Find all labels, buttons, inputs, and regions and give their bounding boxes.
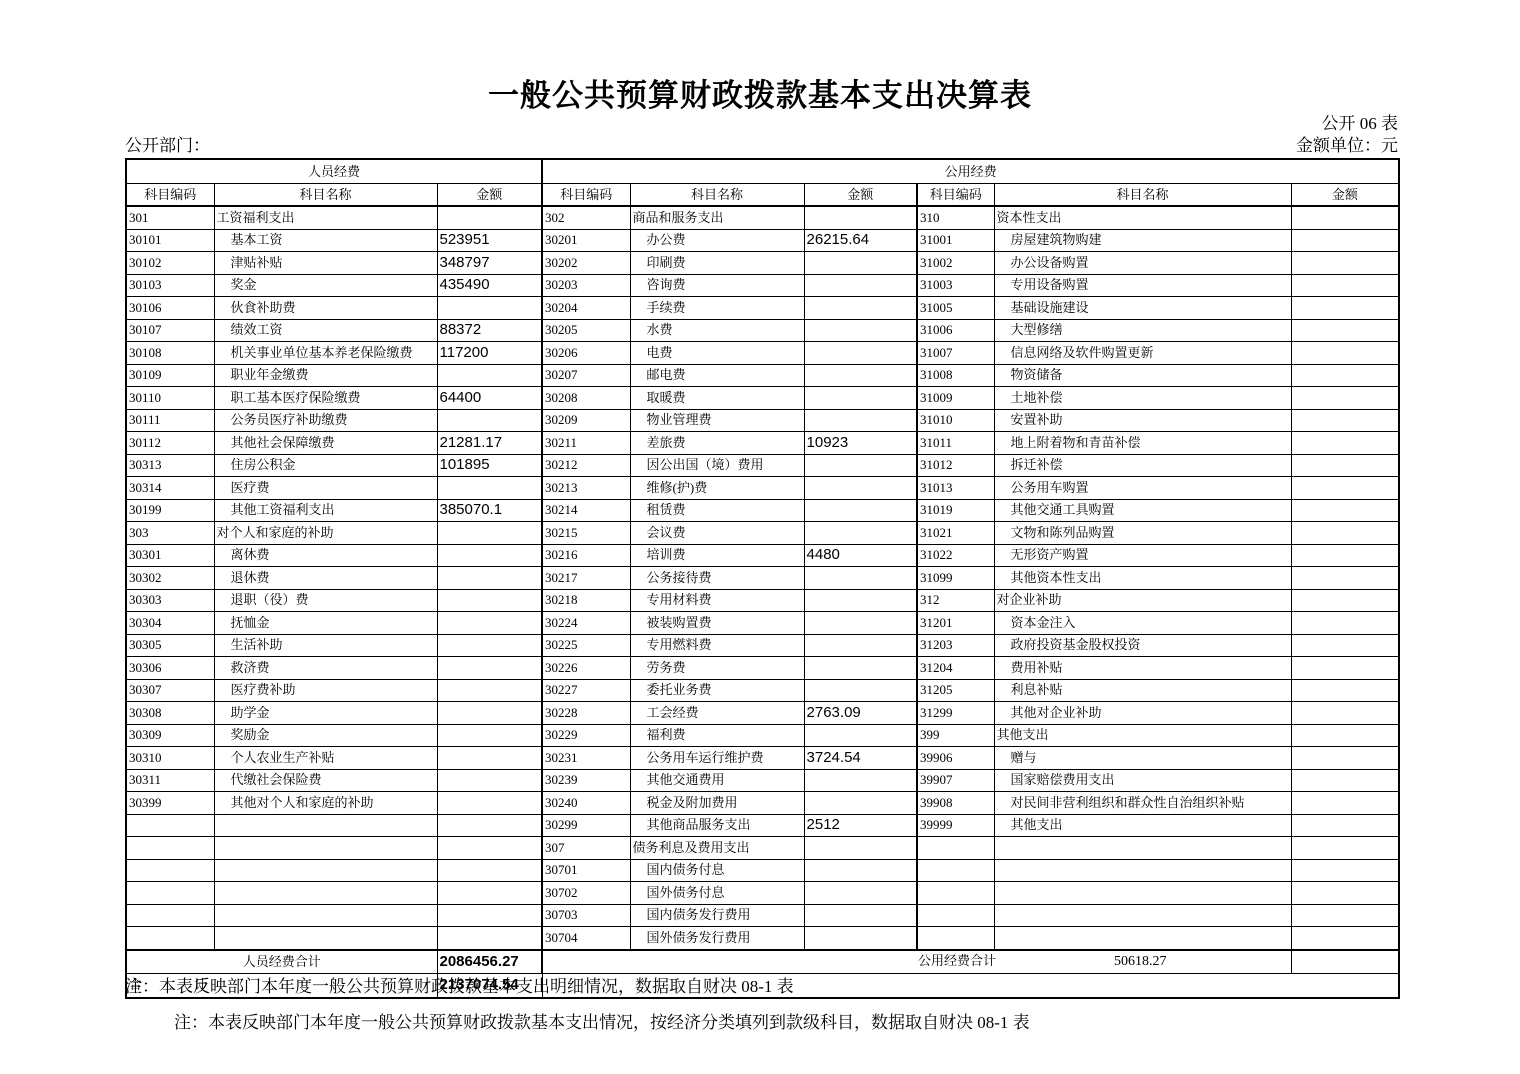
subject-name-cell: 其他商品服务支出 [630,814,804,837]
subject-name-cell: 医疗费补助 [214,679,437,702]
subject-name-cell: 奖金 [214,274,437,297]
subject-code-cell: 30201 [542,229,630,252]
table-row: 30310个人农业生产补贴30231公务用车运行维护费3724.5439906赠… [126,747,1399,770]
subject-code-cell: 30214 [542,499,630,522]
personnel-group-header: 人员经费 [126,159,542,184]
subject-code-cell: 31204 [917,657,994,680]
subject-name-cell [214,904,437,927]
amount-cell [437,679,542,702]
amount-cell [1291,814,1399,837]
subject-code-cell: 31205 [917,679,994,702]
amount-cell: 435490 [437,274,542,297]
subject-name-cell: 办公设备购置 [994,252,1291,275]
amount-cell [437,477,542,500]
subject-name-cell: 国家赔偿费用支出 [994,769,1291,792]
subject-name-cell: 取暖费 [630,387,804,410]
amount-cell [1291,206,1399,229]
table-body: 301工资福利支出302商品和服务支出310资本性支出30101基本工资5239… [126,206,1399,950]
public-subtotal-amount: 50618.27 [1114,954,1167,969]
subject-code-cell [917,882,994,905]
subject-name-cell: 对个人和家庭的补助 [214,522,437,545]
subject-name-cell: 工会经费 [630,702,804,725]
subject-code-cell: 307 [542,837,630,860]
subject-code-cell: 30208 [542,387,630,410]
subject-name-cell: 离休费 [214,544,437,567]
amount-cell [1291,544,1399,567]
subject-code-cell: 30704 [542,927,630,950]
table-row: 30107绩效工资8837230205水费31006大型修缮 [126,319,1399,342]
amount-cell [437,206,542,229]
subject-code-cell: 30102 [126,252,214,275]
amount-cell [1291,297,1399,320]
amount-cell [437,657,542,680]
subject-name-cell: 绩效工资 [214,319,437,342]
amount-cell [437,567,542,590]
column-header-code: 科目编码 [542,184,630,207]
subject-code-cell: 31011 [917,432,994,455]
subject-code-cell: 30240 [542,792,630,815]
subject-name-cell: 税金及附加费用 [630,792,804,815]
subject-code-cell: 30224 [542,612,630,635]
amount-cell [804,837,917,860]
table-row: 30702国外债务付息 [126,882,1399,905]
subject-code-cell: 30229 [542,724,630,747]
amount-cell [1291,634,1399,657]
table-row: 30301离休费30216培训费448031022无形资产购置 [126,544,1399,567]
subject-name-cell: 物资储备 [994,364,1291,387]
subject-name-cell: 救济费 [214,657,437,680]
subject-name-cell: 抚恤金 [214,612,437,635]
amount-cell [804,252,917,275]
subject-name-cell: 资本金注入 [994,612,1291,635]
subject-code-cell [917,859,994,882]
subject-code-cell: 30702 [542,882,630,905]
subject-name-cell: 退休费 [214,567,437,590]
subject-name-cell: 公务用车购置 [994,477,1291,500]
subject-name-cell: 费用补贴 [994,657,1291,680]
subject-name-cell: 其他资本性支出 [994,567,1291,590]
table-row: 30309奖励金30229福利费399其他支出 [126,724,1399,747]
amount-cell [804,612,917,635]
subject-name-cell: 赠与 [994,747,1291,770]
subject-name-cell: 资本性支出 [994,206,1291,229]
subject-name-cell: 对民间非营利组织和群众性自治组织补贴 [994,792,1291,815]
subject-code-cell: 30225 [542,634,630,657]
subject-code-cell: 30314 [126,477,214,500]
subject-code-cell: 31005 [917,297,994,320]
subject-code-cell: 30308 [126,702,214,725]
subject-name-cell: 退职（役）费 [214,589,437,612]
table-row: 30303退职（役）费30218专用材料费312对企业补助 [126,589,1399,612]
table-row: 307债务利息及费用支出 [126,837,1399,860]
table-row: 30109职业年金缴费30207邮电费31008物资储备 [126,364,1399,387]
amount-cell [804,499,917,522]
subject-code-cell: 312 [917,589,994,612]
amount-cell [1291,769,1399,792]
amount-cell [804,409,917,432]
column-header-name: 科目名称 [630,184,804,207]
amount-cell [804,274,917,297]
amount-cell: 523951 [437,229,542,252]
subject-name-cell: 维修(护)费 [630,477,804,500]
amount-cell [804,297,917,320]
table-row: 30299其他商品服务支出251239999其他支出 [126,814,1399,837]
subject-name-cell: 其他交通工具购置 [994,499,1291,522]
amount-cell [1291,522,1399,545]
subject-name-cell: 职业年金缴费 [214,364,437,387]
amount-cell [437,792,542,815]
subject-name-cell: 其他工资福利支出 [214,499,437,522]
table-row: 30313住房公积金10189530212因公出国（境）费用31012拆迁补偿 [126,454,1399,477]
amount-cell [437,544,542,567]
amount-cell [804,206,917,229]
subject-name-cell: 医疗费 [214,477,437,500]
subject-code-cell: 31007 [917,342,994,365]
subject-code-cell [126,904,214,927]
amount-cell [437,859,542,882]
table-row: 30111公务员医疗补助缴费30209物业管理费31010安置补助 [126,409,1399,432]
amount-cell: 88372 [437,319,542,342]
subject-code-cell: 30239 [542,769,630,792]
subject-name-cell: 无形资产购置 [994,544,1291,567]
subject-name-cell: 培训费 [630,544,804,567]
subject-name-cell: 房屋建筑物购建 [994,229,1291,252]
amount-cell [804,859,917,882]
amount-cell: 2512 [804,814,917,837]
subject-name-cell: 国外债务付息 [630,882,804,905]
subject-code-cell [126,814,214,837]
column-header-amount: 金额 [1291,184,1399,207]
subject-code-cell: 39999 [917,814,994,837]
subject-code-cell: 302 [542,206,630,229]
subject-name-cell: 公务员医疗补助缴费 [214,409,437,432]
table-row: 30399其他对个人和家庭的补助30240税金及附加费用39908对民间非营利组… [126,792,1399,815]
public-group-header: 公用经费 [542,159,1399,184]
subject-code-cell: 39906 [917,747,994,770]
subject-name-cell: 商品和服务支出 [630,206,804,229]
subject-code-cell: 31013 [917,477,994,500]
subject-code-cell: 399 [917,724,994,747]
subject-name-cell: 物业管理费 [630,409,804,432]
table-row: 30306救济费30226劳务费31204费用补贴 [126,657,1399,680]
amount-cell: 10923 [804,432,917,455]
amount-cell [1291,387,1399,410]
amount-cell [1291,904,1399,927]
table-row: 30199其他工资福利支出385070.130214租赁费31019其他交通工具… [126,499,1399,522]
amount-cell [804,342,917,365]
amount-cell [1291,747,1399,770]
subject-code-cell: 30302 [126,567,214,590]
table-row: 30314医疗费30213维修(护)费31013公务用车购置 [126,477,1399,500]
amount-cell [437,882,542,905]
amount-cell [437,612,542,635]
subject-name-cell: 印刷费 [630,252,804,275]
subject-name-cell: 其他对企业补助 [994,702,1291,725]
amount-cell [1291,702,1399,725]
subject-code-cell: 30203 [542,274,630,297]
subject-name-cell: 利息补贴 [994,679,1291,702]
table-row: 30112其他社会保障缴费21281.1730211差旅费1092331011地… [126,432,1399,455]
subject-name-cell: 大型修缮 [994,319,1291,342]
subject-code-cell [126,927,214,950]
amount-cell: 64400 [437,387,542,410]
amount-cell: 101895 [437,454,542,477]
column-header-amount: 金额 [804,184,917,207]
amount-cell: 2763.09 [804,702,917,725]
subject-name-cell: 水费 [630,319,804,342]
subject-name-cell: 安置补助 [994,409,1291,432]
amount-cell [437,769,542,792]
subject-code-cell: 30101 [126,229,214,252]
subject-code-cell: 301 [126,206,214,229]
subject-name-cell: 生活补助 [214,634,437,657]
subject-code-cell: 31006 [917,319,994,342]
subject-code-cell: 30301 [126,544,214,567]
personnel-subtotal-amount: 2086456.27 [437,950,542,974]
subject-code-cell: 31299 [917,702,994,725]
subject-name-cell: 专用燃料费 [630,634,804,657]
subject-code-cell: 30226 [542,657,630,680]
amount-cell [437,297,542,320]
subject-code-cell [917,927,994,950]
column-header-code: 科目编码 [917,184,994,207]
public-subtotal-label: 公用经费合计 [918,953,996,968]
amount-cell [1291,229,1399,252]
subject-name-cell: 对企业补助 [994,589,1291,612]
subtotal-row: 人员经费合计 2086456.27 公用经费合计50618.27 [126,950,1399,974]
subject-name-cell: 其他交通费用 [630,769,804,792]
subject-name-cell: 地上附着物和青苗补偿 [994,432,1291,455]
subject-code-cell: 30216 [542,544,630,567]
subject-code-cell: 30313 [126,454,214,477]
amount-cell [804,387,917,410]
subject-name-cell: 基础设施建设 [994,297,1291,320]
subject-code-cell: 30209 [542,409,630,432]
subject-code-cell: 303 [126,522,214,545]
subject-name-cell: 邮电费 [630,364,804,387]
subject-name-cell: 专用设备购置 [994,274,1291,297]
subject-name-cell: 其他支出 [994,724,1291,747]
subject-code-cell: 31099 [917,567,994,590]
amount-cell [1291,589,1399,612]
amount-cell [437,634,542,657]
table-row: 30311代缴社会保险费30239其他交通费用39907国家赔偿费用支出 [126,769,1399,792]
column-header-name: 科目名称 [994,184,1291,207]
subject-code-cell: 31021 [917,522,994,545]
subject-name-cell [994,859,1291,882]
subject-code-cell: 31022 [917,544,994,567]
subject-name-cell: 其他支出 [994,814,1291,837]
table-row: 30304抚恤金30224被装购置费31201资本金注入 [126,612,1399,635]
subject-name-cell: 基本工资 [214,229,437,252]
amount-cell [1291,252,1399,275]
amount-cell [804,589,917,612]
subject-name-cell: 拆迁补偿 [994,454,1291,477]
amount-cell [804,882,917,905]
amount-cell [804,657,917,680]
amount-cell [437,904,542,927]
amount-cell [1291,274,1399,297]
table-row: 30102津贴补贴34879730202印刷费31002办公设备购置 [126,252,1399,275]
amount-cell [1291,724,1399,747]
report-page: 一般公共预算财政拨款基本支出决算表 公开 06 表 公开部门： 金额单位：元 人… [0,0,1520,1074]
amount-cell [437,522,542,545]
subject-name-cell: 公务用车运行维护费 [630,747,804,770]
amount-cell [437,747,542,770]
amount-cell [804,724,917,747]
subject-name-cell: 职工基本医疗保险缴费 [214,387,437,410]
amount-cell [437,364,542,387]
subject-code-cell: 30207 [542,364,630,387]
amount-cell [804,477,917,500]
subject-code-cell: 39907 [917,769,994,792]
subject-code-cell: 30103 [126,274,214,297]
subject-name-cell [994,927,1291,950]
amount-cell: 21281.17 [437,432,542,455]
unit-label: 金额单位：元 [1296,131,1398,156]
subject-code-cell: 31019 [917,499,994,522]
column-header-code: 科目编码 [126,184,214,207]
amount-cell [1291,882,1399,905]
subject-code-cell: 30231 [542,747,630,770]
table-row: 303对个人和家庭的补助30215会议费31021文物和陈列品购置 [126,522,1399,545]
amount-cell [804,364,917,387]
table-row: 30110职工基本医疗保险缴费6440030208取暖费31009土地补偿 [126,387,1399,410]
subject-code-cell: 30228 [542,702,630,725]
subject-code-cell: 30311 [126,769,214,792]
amount-cell [804,522,917,545]
amount-cell [1291,477,1399,500]
amount-cell [1291,792,1399,815]
subject-code-cell: 30310 [126,747,214,770]
group-header-row: 人员经费 公用经费 [126,159,1399,184]
subject-code-cell: 30206 [542,342,630,365]
subject-name-cell: 政府投资基金股权投资 [994,634,1291,657]
subject-code-cell: 30108 [126,342,214,365]
subject-name-cell: 住房公积金 [214,454,437,477]
amount-cell [437,927,542,950]
amount-cell [804,679,917,702]
subject-name-cell: 代缴社会保险费 [214,769,437,792]
subject-name-cell: 专用材料费 [630,589,804,612]
table-row: 30302退休费30217公务接待费31099其他资本性支出 [126,567,1399,590]
table-row: 30703国内债务发行费用 [126,904,1399,927]
department-label: 公开部门： [125,131,210,156]
subject-name-cell: 办公费 [630,229,804,252]
subject-code-cell: 30106 [126,297,214,320]
subject-code-cell: 30218 [542,589,630,612]
subject-code-cell [917,904,994,927]
subject-code-cell: 30305 [126,634,214,657]
subject-name-cell: 福利费 [630,724,804,747]
subject-code-cell: 30307 [126,679,214,702]
amount-cell [804,792,917,815]
meta-row: 公开部门： 金额单位：元 [125,131,1398,160]
public-subtotal-cell: 公用经费合计50618.27 [542,950,1291,974]
subject-name-cell: 电费 [630,342,804,365]
subject-code-cell: 30109 [126,364,214,387]
subject-code-cell: 31010 [917,409,994,432]
amount-cell [1291,499,1399,522]
subject-code-cell: 30213 [542,477,630,500]
amount-cell: 3724.54 [804,747,917,770]
amount-cell [1291,657,1399,680]
subject-code-cell: 30112 [126,432,214,455]
subject-code-cell [126,837,214,860]
table-row: 30103奖金43549030203咨询费31003专用设备购置 [126,274,1399,297]
amount-cell [804,634,917,657]
subject-code-cell: 30110 [126,387,214,410]
subject-code-cell: 31008 [917,364,994,387]
empty-cell [1291,950,1399,974]
subject-code-cell: 30211 [542,432,630,455]
subject-name-cell: 津贴补贴 [214,252,437,275]
subject-name-cell: 个人农业生产补贴 [214,747,437,770]
amount-cell [437,724,542,747]
subject-name-cell [994,882,1291,905]
subject-name-cell: 工资福利支出 [214,206,437,229]
subject-name-cell: 土地补偿 [994,387,1291,410]
amount-cell [804,319,917,342]
subject-code-cell: 31001 [917,229,994,252]
subject-code-cell: 31012 [917,454,994,477]
subject-code-cell: 30703 [542,904,630,927]
table-row: 30106伙食补助费30204手续费31005基础设施建设 [126,297,1399,320]
subject-name-cell [214,859,437,882]
subject-code-cell: 30701 [542,859,630,882]
subject-name-cell [214,814,437,837]
subject-code-cell: 30111 [126,409,214,432]
subject-name-cell: 国内债务付息 [630,859,804,882]
subject-code-cell: 30215 [542,522,630,545]
subject-name-cell [994,837,1291,860]
expenditure-table: 人员经费 公用经费 科目编码 科目名称 金额 科目编码 科目名称 金额 科目编码… [125,158,1400,999]
amount-cell: 4480 [804,544,917,567]
footnote-1: 注：本表反映部门本年度一般公共预算财政拨款基本支出明细情况，数据取自财决 08-… [125,972,794,997]
personnel-subtotal-label: 人员经费合计 [126,950,437,974]
subject-code-cell: 31002 [917,252,994,275]
subject-name-cell: 国内债务发行费用 [630,904,804,927]
subject-name-cell: 会议费 [630,522,804,545]
subject-name-cell: 公务接待费 [630,567,804,590]
subject-name-cell: 劳务费 [630,657,804,680]
amount-cell [1291,409,1399,432]
subject-code-cell: 30202 [542,252,630,275]
table-row: 30305生活补助30225专用燃料费31203政府投资基金股权投资 [126,634,1399,657]
amount-cell [1291,859,1399,882]
subject-name-cell [214,837,437,860]
column-header-name: 科目名称 [214,184,437,207]
subject-code-cell: 30299 [542,814,630,837]
subject-code-cell [126,882,214,905]
table-row: 30701国内债务付息 [126,859,1399,882]
subject-code-cell: 30227 [542,679,630,702]
subject-name-cell: 国外债务发行费用 [630,927,804,950]
table-row: 30307医疗费补助30227委托业务费31205利息补贴 [126,679,1399,702]
amount-cell: 26215.64 [804,229,917,252]
subject-code-cell [126,859,214,882]
column-header-row: 科目编码 科目名称 金额 科目编码 科目名称 金额 科目编码 科目名称 金额 [126,184,1399,207]
subject-name-cell: 伙食补助费 [214,297,437,320]
subject-name-cell: 咨询费 [630,274,804,297]
subject-name-cell: 机关事业单位基本养老保险缴费 [214,342,437,365]
amount-cell [1291,927,1399,950]
subject-code-cell: 31003 [917,274,994,297]
subject-name-cell: 委托业务费 [630,679,804,702]
amount-cell [804,454,917,477]
amount-cell [1291,364,1399,387]
footnote-2: 注：本表反映部门本年度一般公共预算财政拨款基本支出情况，按经济分类填列到款级科目… [174,1008,1030,1033]
